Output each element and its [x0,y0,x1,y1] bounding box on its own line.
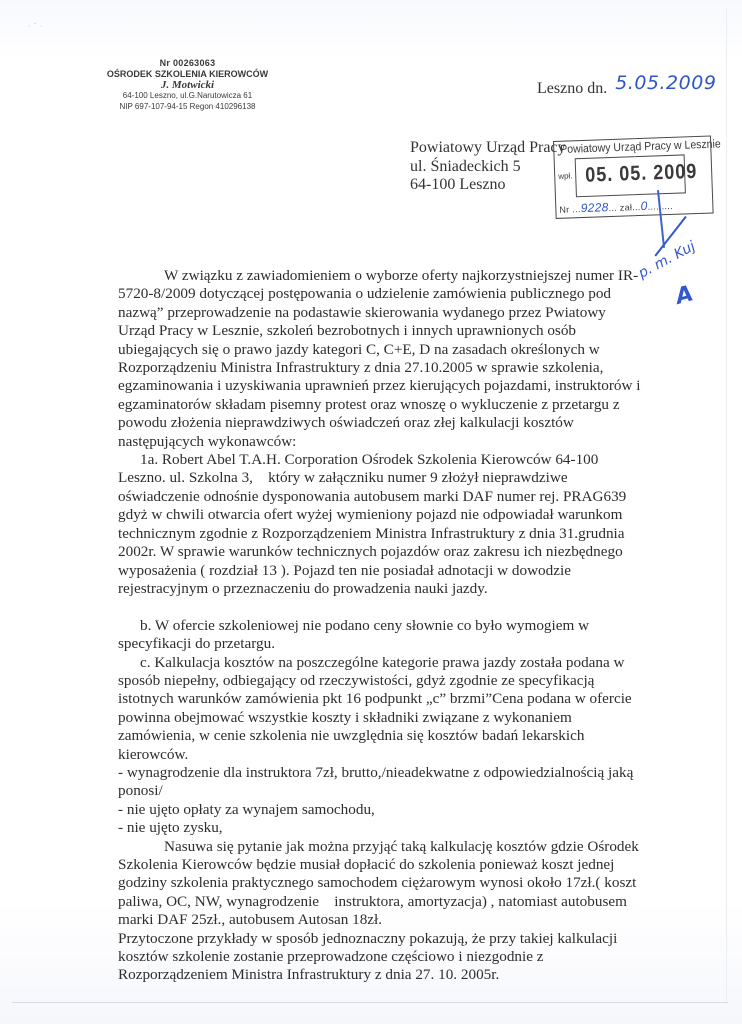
text-line: Rozporządzeniu Ministra Infrastruktury z… [118,359,638,377]
text-line: rejestracyjnym o przeznaczeniu do prowad… [118,580,638,598]
text-line: marki DAF 25zł., autobusem Autosan 18zł. [118,911,638,929]
page-edge [726,8,727,1002]
point-a: 1a. Robert Abel T.A.H. Corporation Ośrod… [118,451,638,598]
text-line: nazwą” przeprowadzenie na podastawie ski… [118,304,638,322]
text-line: - wynagrodzenie dla instruktora 7zł, bru… [118,764,638,782]
text-line: wyposażenia ( rozdział 13 ). Pojazd ten … [118,562,638,580]
stamp-date: 05. 05. 2009 [585,159,698,187]
sender-address: 64-100 Leszno, ul.G.Narutowicza 61 [95,91,280,102]
text-line: Urząd Pracy w Lesznie, szkoleń bezrobotn… [118,322,638,340]
text-line: Szkolenia Kierowców będzie musiał dopłac… [118,856,638,874]
stamp-title: Powiatowy Urząd Pracy w Lesznie [560,138,721,157]
text-line: Rozporządzeniem Ministra Infrastruktury … [118,966,638,984]
text-line: W związku z zawiadomieniem o wyborze ofe… [118,267,638,285]
letter-body: W związku z zawiadomieniem o wyborze ofe… [118,267,638,985]
paragraph-gap [118,598,638,616]
text-line: - nie ujęto zysku, [118,819,638,837]
stamp-nr-label: Nr [559,204,569,214]
stamp-zal-label: zał. [620,202,636,213]
conclusion-paragraph: Przytoczone przykłady w sposób jednoznac… [118,930,638,985]
text-line: ponosi/ [118,782,638,800]
text-line: oświadczenie odnośnie dysponowania autob… [118,488,638,506]
page-edge [12,1002,728,1003]
point-b: b. W ofercie szkoleniowej nie podano cen… [118,617,638,654]
recipient-line: 64-100 Leszno [410,176,566,195]
text-line: specyfikacji do przetargu. [118,635,638,653]
sender-stamp: Nr 00263063 OŚRODEK SZKOLENIA KIEROWCÓW … [95,58,280,112]
text-line: kierowców. [118,746,638,764]
sender-tax-ids: NIP 697-107-94-15 Regon 410296138 [95,102,280,113]
point-c: c. Kalkulacja kosztów na poszczególne ka… [118,654,638,838]
sender-owner: J. Motwicki [95,79,280,91]
stamp-wpl-label: wpł. [558,171,573,180]
text-line: sposób niepełny, odbiegający od rzeczywi… [118,672,638,690]
text-line: egzaminowania i uzyskiwania uprawnień pr… [118,377,638,395]
scan-artifact: · ˘ · [28,22,42,31]
text-line: Leszno. ul. Szkolna 3, który w załącznik… [118,469,638,487]
receipt-stamp: Powiatowy Urząd Pracy w Lesznie wpł. 05.… [553,135,714,218]
text-line: zamówienia, w cenie szkolenia nie uwzglę… [118,727,638,745]
text-line: - nie ujęto opłaty za wynajem samochodu, [118,801,638,819]
text-line: 2002r. W sprawie warunków technicznych p… [118,543,638,561]
text-line: Przytoczone przykłady w sposób jednoznac… [118,930,638,948]
sender-organization: OŚRODEK SZKOLENIA KIEROWCÓW [95,69,280,80]
sender-number: Nr 00263063 [95,58,280,69]
text-line: technicznym zgodnie z Rozporządzeniem Mi… [118,525,638,543]
text-line: b. W ofercie szkoleniowej nie podano cen… [118,617,638,635]
recipient-line: ul. Śniadeckich 5 [410,158,566,177]
handwritten-date: 5.05.2009 [615,72,716,94]
place-label: Leszno dn. [537,80,607,97]
text-line: Nasuwa się pytanie jak można przyjąć tak… [118,838,638,856]
text-line: kosztów szkolenie zostanie przeprowadzon… [118,948,638,966]
text-line: powinna obejmować wszystkie koszty i skł… [118,709,638,727]
stamp-number-row: Nr ...9228... zał...0......... [559,198,673,216]
stamp-nr-value: 9228 [580,200,608,215]
text-line: 5720-8/2009 dotyczącej postępowania o ud… [118,285,638,303]
recipient-address: Powiatowy Urząd Pracy ul. Śniadeckich 5 … [410,139,566,195]
text-line: powodu złożenia nieprawdziwych oświadcze… [118,414,638,432]
text-line: istotnych warunków zamówienia pkt 16 pod… [118,690,638,708]
text-line: gdyż w chwili otwarcia ofert wyżej wymie… [118,506,638,524]
recipient-line: Powiatowy Urząd Pracy [410,139,566,158]
text-line: c. Kalkulacja kosztów na poszczególne ka… [118,654,638,672]
text-line: ubiegających się o prawo jazdy kategori … [118,341,638,359]
text-line: następujących wykonawców: [118,433,638,451]
text-line: paliwa, OC, NW, wynagrodzenie instruktor… [118,893,638,911]
intro-paragraph: W związku z zawiadomieniem o wyborze ofe… [118,267,638,451]
question-paragraph: Nasuwa się pytanie jak można przyjąć tak… [118,838,638,930]
text-line: godziny szkolenia praktycznego samochode… [118,874,638,892]
text-line: egzaminatorów składam pisemny protest or… [118,396,638,414]
text-line: 1a. Robert Abel T.A.H. Corporation Ośrod… [118,451,638,469]
place-date: Leszno dn.5.05.2009 [537,76,716,98]
